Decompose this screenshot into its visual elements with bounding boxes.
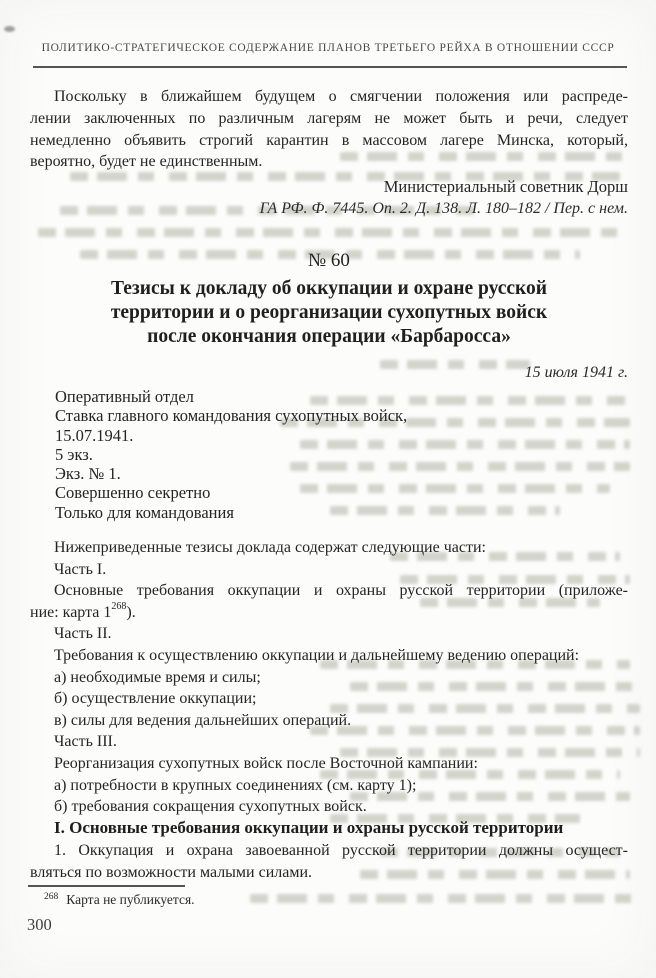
letterhead-line: Экз. № 1. [55,464,625,483]
footnote-rule [28,885,185,887]
part-label: Часть II. [30,623,628,645]
footnote-marker: 268 [44,892,58,902]
book-page: ПОЛИТИКО-СТРАТЕГИЧЕСКОЕ СОДЕРЖАНИЕ ПЛАНО… [0,0,656,978]
part-text-segment: ние: карта 1 [30,604,111,621]
quote-line: лении заключенных по различным лагерям н… [30,108,628,130]
part-list-item: б) осуществление оккупации; [30,688,628,710]
running-header-rule [33,66,627,68]
document-number: № 60 [30,250,628,272]
letterhead-line: 5 экз. [55,445,625,464]
part-text-line: Требования к осуществлению оккупации и д… [30,645,628,667]
letterhead-line: Оперативный отдел [55,387,625,406]
quote-paragraph: Поскольку в ближайшем будущем о смягчени… [30,86,628,173]
parts-intro: Нижеприведенные тезисы доклада содержат … [30,537,628,559]
part-list-item: в) силы для ведения дальнейших операций. [30,710,628,732]
section-heading: I. Основные требования оккупации и охран… [30,818,628,838]
document-letterhead: Оперативный отдел Ставка главного команд… [55,387,625,522]
document-title: Тезисы к докладу об оккупации и охране р… [30,277,628,349]
section-body: 1. Оккупация и охрана завоеванной русско… [30,840,628,884]
scan-edge-mark [4,26,15,32]
part-text-line: Реорганизация сухопутных войск после Вос… [30,753,628,775]
running-header-text: ПОЛИТИКО-СТРАТЕГИЧЕСКОЕ СОДЕРЖАНИЕ ПЛАНО… [42,42,615,54]
part-list-item: а) потребности в крупных соединениях (см… [30,775,628,797]
footnote: 268Карта не публикуется. [28,892,588,908]
document-date: 15 июля 1941 г. [30,364,628,382]
part-list-item: б) требования сокращения сухопутных войс… [30,796,628,818]
section-body-line: вляться по возможности малыми силами. [30,862,628,884]
footnote-text: Карта не публикуется. [66,892,194,907]
letterhead-line: 15.07.1941. [55,426,625,445]
letterhead-line: Совершенно секретно [55,483,625,502]
quote-line: вероятно, будет не единственным. [30,151,628,173]
running-header: ПОЛИТИКО-СТРАТЕГИЧЕСКОЕ СОДЕРЖАНИЕ ПЛАНО… [0,42,656,54]
document-signature: Министериальный советник Дорш [30,177,628,197]
letterhead-line: Ставка главного командования сухопутных … [55,406,625,425]
page-number: 300 [27,915,52,935]
letterhead-line: Только для командования [55,503,625,522]
part-text-segment: ). [126,604,135,621]
part-text-line: ние: карта 1268). [30,602,628,624]
part-label: Часть I. [30,559,628,581]
part-text-line: Основные требования оккупации и охраны р… [30,580,628,602]
footnote-reference: 268 [111,601,126,612]
section-body-line: 1. Оккупация и охрана завоеванной русско… [30,840,628,862]
document-title-line: Тезисы к докладу об оккупации и охране р… [30,277,628,301]
quote-line: Поскольку в ближайшем будущем о смягчени… [30,86,628,108]
quote-line: немедленно объявить строгий карантин в м… [30,130,628,152]
document-title-line: территории и о реорганизации сухопутных … [30,301,628,325]
document-title-line: после окончания операции «Барбаросса» [30,325,628,349]
bleed-through-artifact [38,228,623,237]
part-list-item: а) необходимые время и силы; [30,667,628,689]
document-parts-list: Нижеприведенные тезисы доклада содержат … [30,537,628,818]
archival-source: ГА РФ. Ф. 7445. Оп. 2. Д. 138. Л. 180–18… [30,200,628,218]
part-label: Часть III. [30,731,628,753]
